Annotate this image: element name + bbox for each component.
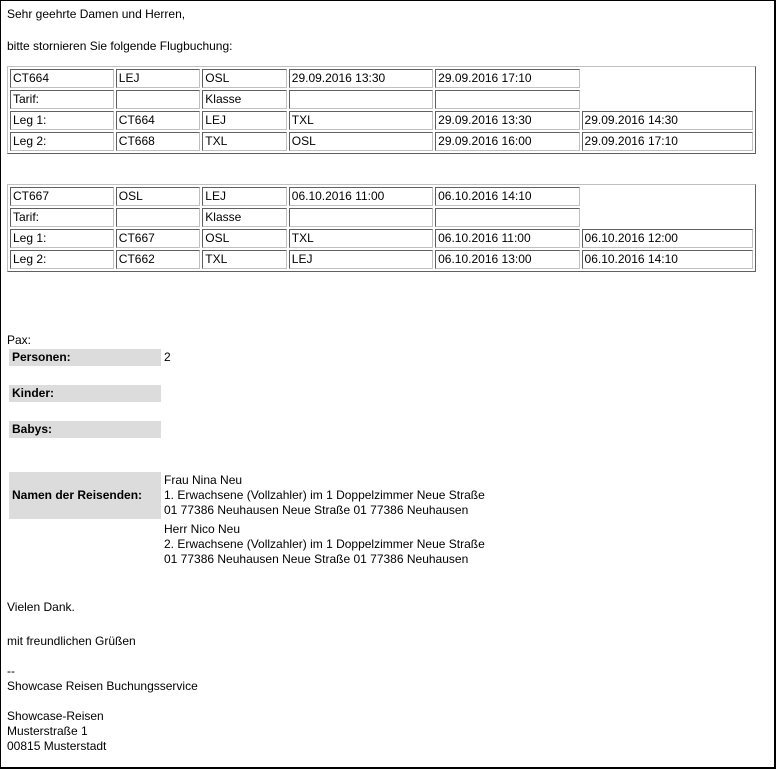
- traveler-1: Frau Nina Neu 1. Erwachsene (Vollzahler)…: [164, 473, 485, 518]
- pax-heading: Pax:: [7, 333, 31, 348]
- signature-separator: --: [7, 664, 15, 679]
- leg-row: Leg 2: CT668 TXL OSL 29.09.2016 16:00 29…: [10, 132, 753, 151]
- origin: OSL: [116, 187, 200, 206]
- signature-service: Showcase Reisen Buchungsservice: [7, 679, 198, 694]
- departure: 29.09.2016 13:30: [289, 69, 433, 88]
- leg-row: Leg 1: CT664 LEJ TXL 29.09.2016 13:30 29…: [10, 111, 753, 130]
- tarif-label: Tarif:: [10, 208, 114, 227]
- personen-label: Personen:: [9, 349, 161, 366]
- klasse-value: [289, 90, 433, 109]
- arrival: 06.10.2016 14:10: [435, 187, 579, 206]
- greeting: Sehr geehrte Damen und Herren,: [7, 7, 185, 22]
- tarif-value: [116, 208, 200, 227]
- klasse-label: Klasse: [202, 90, 286, 109]
- babys-label: Babys:: [9, 421, 161, 438]
- tarif-row: Tarif: Klasse: [10, 208, 753, 227]
- flight-number: CT667: [10, 187, 114, 206]
- traveler-address: 01 77386 Neuhausen Neue Straße 01 77386 …: [164, 503, 485, 518]
- departure: 06.10.2016 11:00: [289, 187, 433, 206]
- email-body: Sehr geehrte Damen und Herren, bitte sto…: [0, 0, 776, 769]
- origin: LEJ: [116, 69, 200, 88]
- personen-value: 2: [164, 349, 171, 366]
- signature-street: Musterstraße 1: [7, 724, 88, 739]
- tarif-row: Tarif: Klasse: [10, 90, 753, 109]
- thanks-text: Vielen Dank.: [7, 600, 75, 615]
- traveler-address: 01 77386 Neuhausen Neue Straße 01 77386 …: [164, 552, 485, 567]
- traveler-name: Frau Nina Neu: [164, 473, 485, 488]
- signature-company: Showcase-Reisen: [7, 709, 104, 724]
- booking-header-row: CT664 LEJ OSL 29.09.2016 13:30 29.09.201…: [10, 69, 753, 88]
- tarif-value: [116, 90, 200, 109]
- traveler-2: Herr Nico Neu 2. Erwachsene (Vollzahler)…: [164, 522, 485, 567]
- flight-number: CT664: [10, 69, 114, 88]
- arrival: 29.09.2016 17:10: [435, 69, 579, 88]
- booking-header-row: CT667 OSL LEJ 06.10.2016 11:00 06.10.201…: [10, 187, 753, 206]
- destination: LEJ: [202, 187, 286, 206]
- traveler-detail: 1. Erwachsene (Vollzahler) im 1 Doppelzi…: [164, 488, 485, 503]
- regards-text: mit freundlichen Grüßen: [7, 634, 136, 649]
- klasse-value: [289, 208, 433, 227]
- kinder-label: Kinder:: [9, 385, 161, 402]
- leg-row: Leg 2: CT662 TXL LEJ 06.10.2016 13:00 06…: [10, 250, 753, 269]
- booking-table-2: CT667 OSL LEJ 06.10.2016 11:00 06.10.201…: [7, 184, 756, 272]
- destination: OSL: [202, 69, 286, 88]
- signature-city: 00815 Musterstadt: [7, 739, 106, 754]
- booking-table-1: CT664 LEJ OSL 29.09.2016 13:30 29.09.201…: [7, 66, 756, 154]
- tarif-label: Tarif:: [10, 90, 114, 109]
- leg-row: Leg 1: CT667 OSL TXL 06.10.2016 11:00 06…: [10, 229, 753, 248]
- klasse-label: Klasse: [202, 208, 286, 227]
- travelers-label: Namen der Reisenden:: [9, 472, 161, 519]
- traveler-name: Herr Nico Neu: [164, 522, 485, 537]
- traveler-detail: 2. Erwachsene (Vollzahler) im 1 Doppelzi…: [164, 537, 485, 552]
- intro-text: bitte stornieren Sie folgende Flugbuchun…: [7, 39, 233, 54]
